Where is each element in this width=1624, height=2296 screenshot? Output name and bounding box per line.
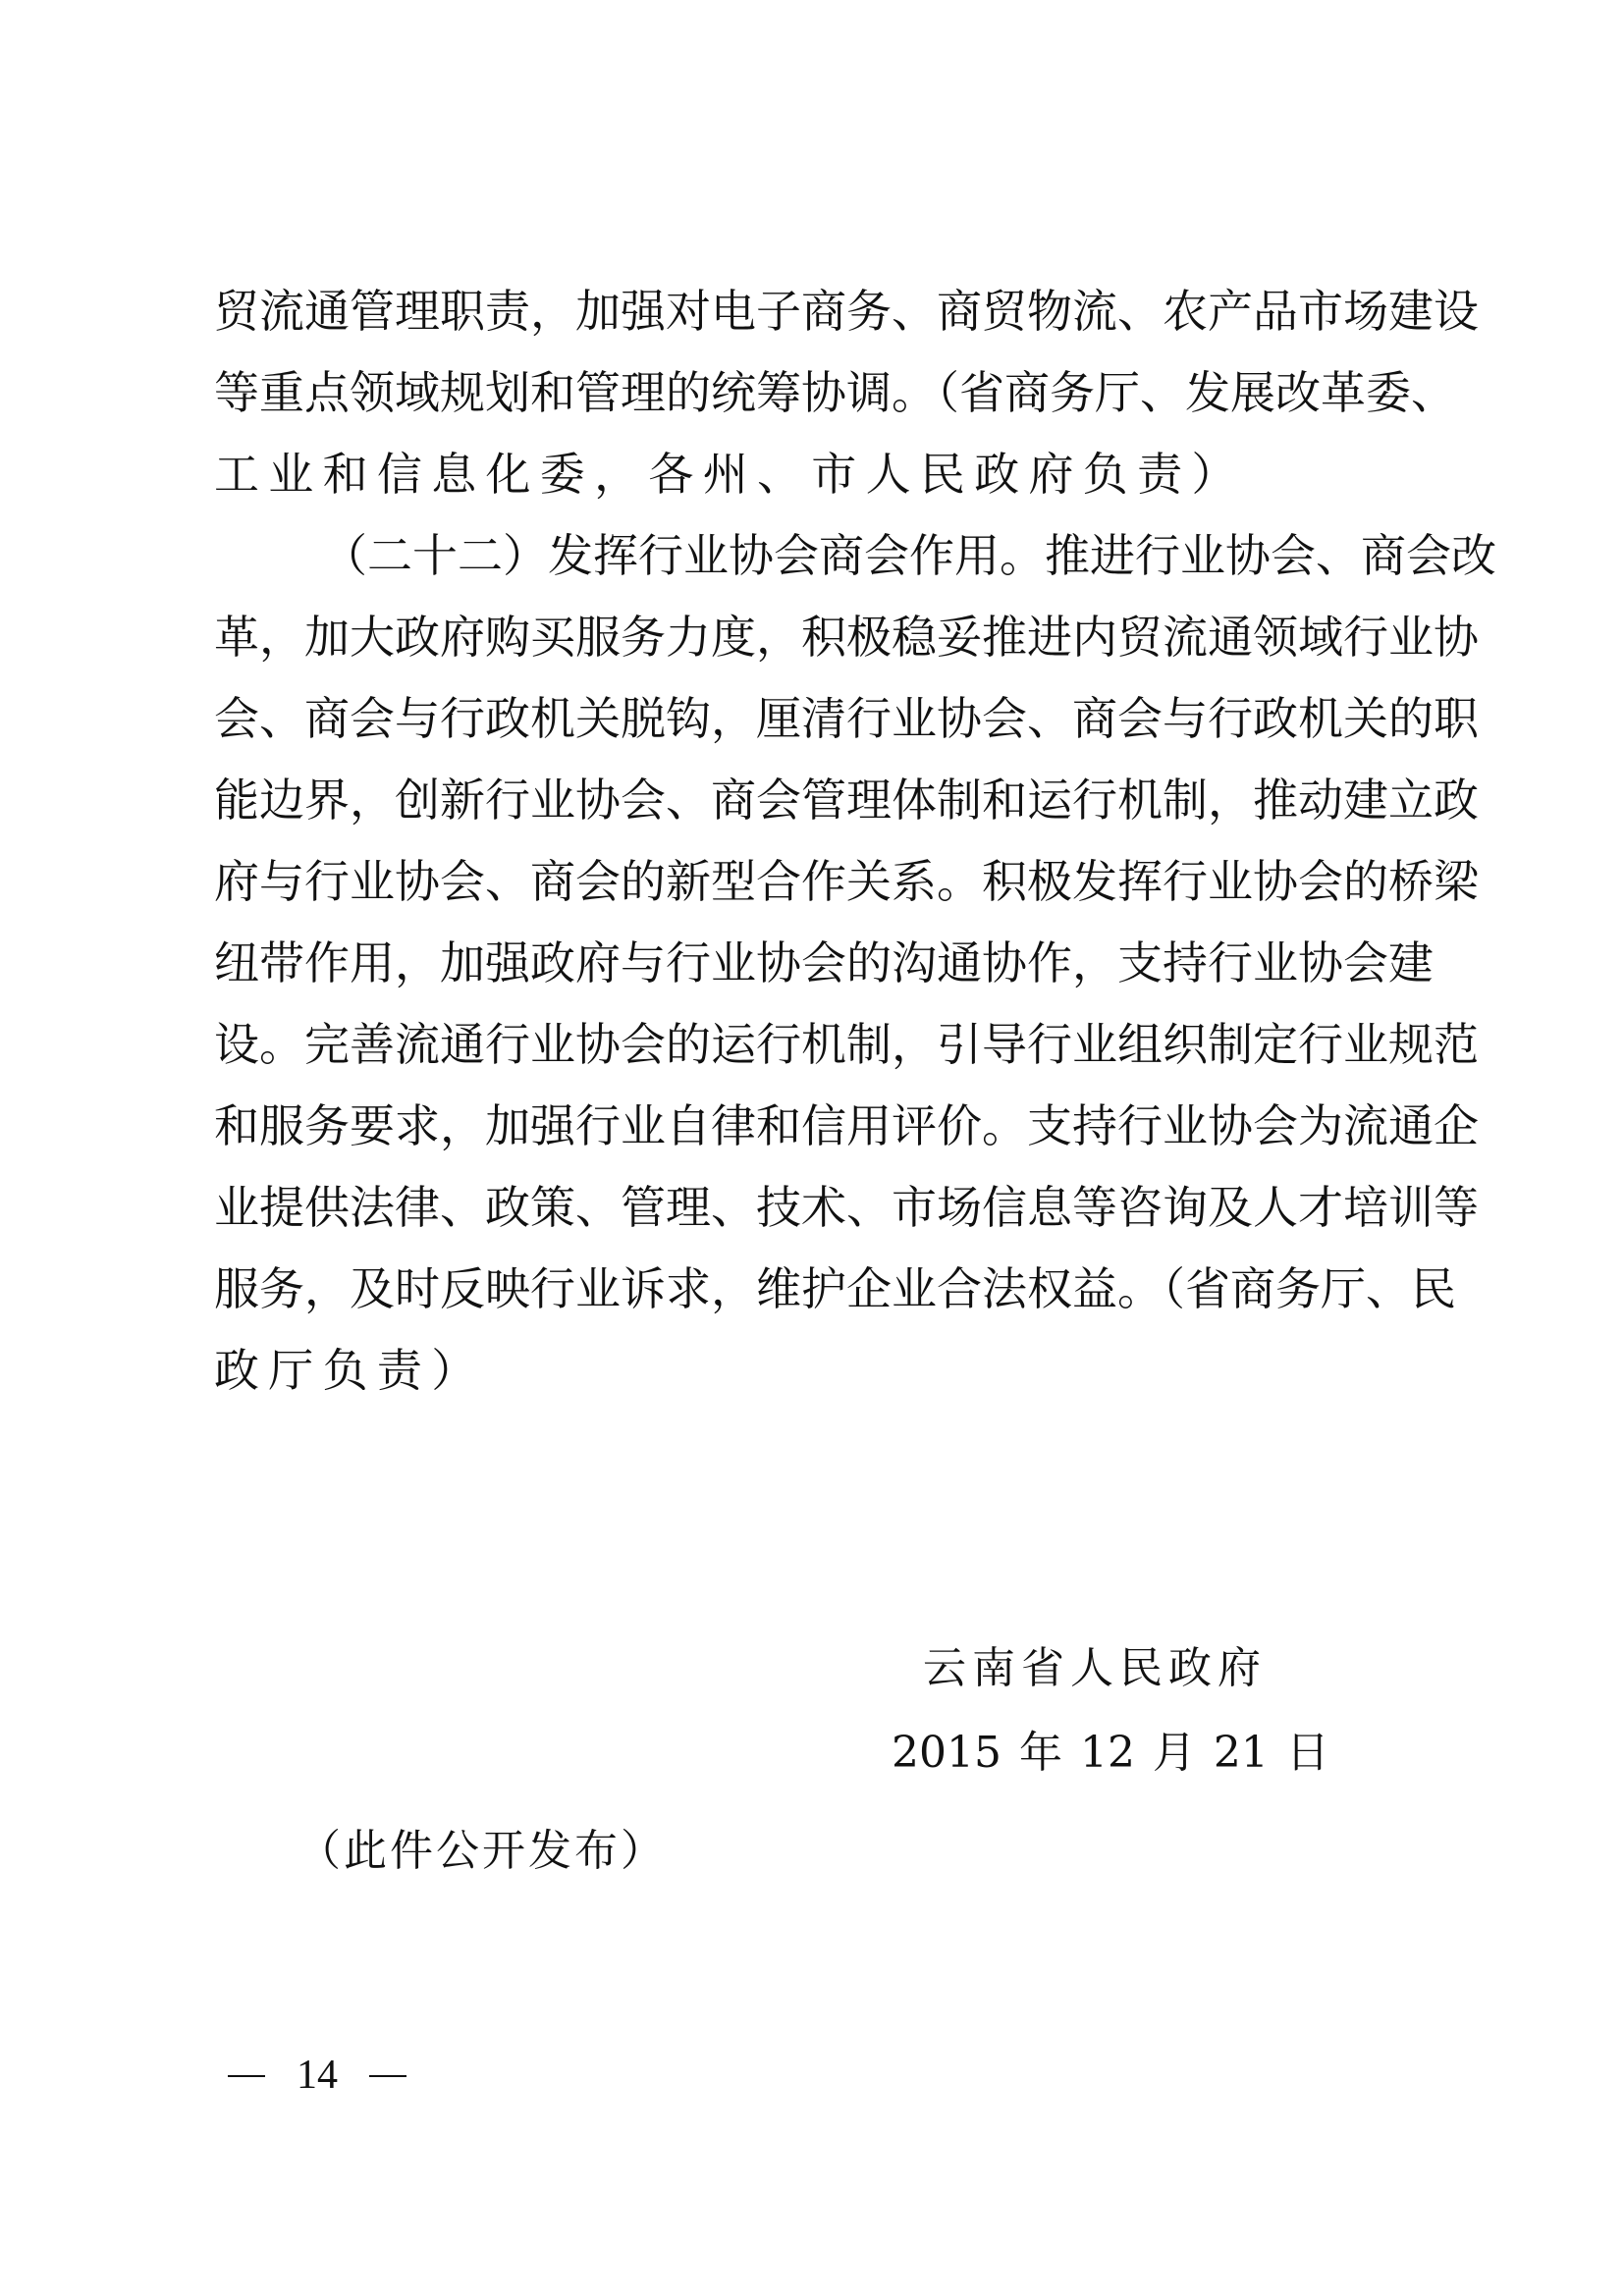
dash-right	[369, 2075, 406, 2077]
body-text: 贸流通管理职责，加强对电子商务、商贸物流、农产品市场建设 等重点领域规划和管理的…	[214, 271, 1414, 1412]
document-page: 贸流通管理职责，加强对电子商务、商贸物流、农产品市场建设 等重点领域规划和管理的…	[0, 0, 1624, 2296]
signature-date: 2015 年 12 月 21 日	[892, 1724, 1329, 1783]
page-number: 14	[228, 2046, 406, 2105]
text-line: 贸流通管理职责，加强对电子商务、商贸物流、农产品市场建设	[214, 271, 1414, 352]
section-heading-line: （二十二）发挥行业协会商会作用。推进行业协会、商会改	[214, 515, 1414, 597]
text-line: 能边界，创新行业协会、商会管理体制和运行机制，推动建立政	[214, 760, 1414, 841]
text-line: 会、商会与行政机关脱钩，厘清行业协会、商会与行政机关的职	[214, 678, 1414, 760]
signature-organization: 云南省人民政府	[923, 1639, 1267, 1698]
publish-note: （此件公开发布）	[298, 1822, 667, 1881]
text-line: 革，加大政府购买服务力度，积极稳妥推进内贸流通领域行业协	[214, 597, 1414, 678]
text-line: 府与行业协会、商会的新型合作关系。积极发挥行业协会的桥梁	[214, 841, 1414, 923]
text-line: 和服务要求，加强行业自律和信用评价。支持行业协会为流通企	[214, 1086, 1414, 1167]
text-line: 纽带作用，加强政府与行业协会的沟通协作，支持行业协会建	[214, 923, 1414, 1004]
page-number-value: 14	[297, 2046, 338, 2105]
text-line: 服务，及时反映行业诉求，维护企业合法权益。（省商务厅、民	[214, 1249, 1414, 1330]
text-line: 政厅负责）	[214, 1330, 1414, 1412]
text-line: 等重点领域规划和管理的统筹协调。（省商务厅、发展改革委、	[214, 352, 1414, 434]
text-line: 业提供法律、政策、管理、技术、市场信息等咨询及人才培训等	[214, 1167, 1414, 1249]
text-line: 设。完善流通行业协会的运行机制，引导行业组织制定行业规范	[214, 1004, 1414, 1086]
text-line: 工业和信息化委，各州、市人民政府负责）	[214, 434, 1414, 515]
dash-left	[228, 2075, 265, 2077]
